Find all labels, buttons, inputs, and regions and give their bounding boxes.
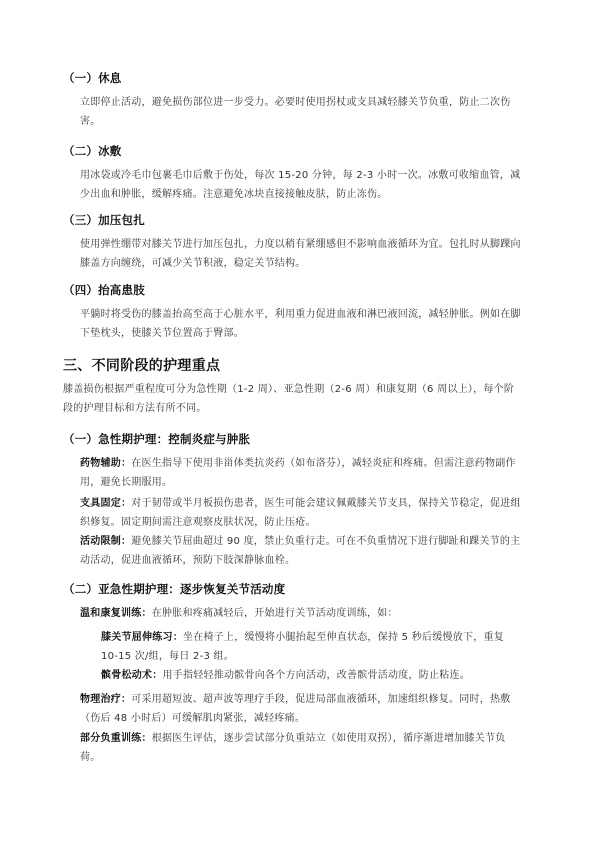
item-label: 支具固定： (80, 498, 131, 509)
item-text: 对于韧带或半月板损伤患者，医生可能会建议佩戴膝关节支具，保持关节稳定，促进组织修… (80, 498, 521, 528)
subacute-item-physio: 物理治疗：可采用超短波、超声波等理疗手段，促进局部血液循环，加速组织修复。同时，… (80, 690, 525, 728)
section-heading-ice: （二）冰敷 (63, 143, 122, 159)
subacute-training: 温和康复训练：在肿胀和疼痛减轻后，开始进行关节活动度训练，如： (80, 604, 525, 623)
subacute-item-weight-bearing: 部分负重训练：根据医生评估，逐步尝试部分负重站立（如使用双拐），循序渐进增加膝关… (80, 729, 525, 767)
item-text: 在肿胀和疼痛减轻后，开始进行关节活动度训练，如： (152, 608, 398, 619)
item-label: 物理治疗： (80, 694, 131, 705)
subacute-heading: （二）亚急性期护理：逐步恢复关节活动度 (63, 581, 285, 597)
chapter-title: 三、不同阶段的护理重点 (63, 355, 220, 375)
item-text: 用手指轻轻推动髌骨向各个方向活动，改善髌骨活动度，防止粘连。 (163, 670, 471, 681)
acute-item-medication: 药物辅助：在医生指导下使用非甾体类抗炎药（如布洛芬），减轻炎症和疼痛。但需注意药… (80, 454, 525, 492)
subacute-sub-item-patella: 髌骨松动术：用手指轻轻推动髌骨向各个方向活动，改善髌骨活动度，防止粘连。 (101, 666, 523, 685)
item-text: 避免膝关节屈曲超过 90 度，禁止负重行走。可在不负重情况下进行脚趾和踝关节的主… (80, 536, 520, 566)
item-label: 部分负重训练： (80, 733, 152, 744)
section-body-rest: 立即停止活动，避免损伤部位进一步受力。必要时使用拐杖或支具减轻膝关节负重，防止二… (80, 93, 525, 131)
document-page: （一）休息 立即停止活动，避免损伤部位进一步受力。必要时使用拐杖或支具减轻膝关节… (0, 0, 595, 841)
acute-item-brace: 支具固定：对于韧带或半月板损伤患者，医生可能会建议佩戴膝关节支具，保持关节稳定，… (80, 494, 525, 532)
section-body-elevation: 平躺时将受伤的膝盖抬高至高于心脏水平，利用重力促进血液和淋巴液回流，减轻肿胀。例… (80, 305, 525, 343)
item-text: 可采用超短波、超声波等理疗手段，促进局部血液循环，加速组织修复。同时，热敷（伤后… (80, 694, 511, 724)
section-body-ice: 用冰袋或冷毛巾包裹毛巾后敷于伤处，每次 15-20 分钟，每 2-3 小时一次。… (80, 166, 525, 204)
section-heading-rest: （一）休息 (63, 70, 122, 86)
section-heading-compression: （三）加压包扎 (63, 212, 145, 228)
item-label: 活动限制： (80, 536, 131, 547)
section-heading-elevation: （四）抬高患肢 (63, 282, 145, 298)
item-label: 髌骨松动术： (101, 670, 163, 681)
item-label: 药物辅助： (80, 458, 131, 469)
item-label: 膝关节屈伸练习： (101, 632, 183, 643)
item-text: 在医生指导下使用非甾体类抗炎药（如布洛芬），减轻炎症和疼痛。但需注意药物副作用，… (80, 458, 516, 488)
acute-item-activity-limit: 活动限制：避免膝关节屈曲超过 90 度，禁止负重行走。可在不负重情况下进行脚趾和… (80, 532, 525, 570)
subacute-sub-item-flexion: 膝关节屈伸练习：坐在椅子上，缓慢将小腿抬起至伸直状态，保持 5 秒后缓慢放下，重… (101, 628, 523, 666)
item-label: 温和康复训练： (80, 608, 152, 619)
section-body-compression: 使用弹性绷带对膝关节进行加压包扎，力度以稍有紧绷感但不影响血液循环为宜。包扎时从… (80, 235, 525, 273)
chapter-intro: 膝盖损伤根据严重程度可分为急性期（1-2 周）、亚急性期（2-6 周）和康复期（… (63, 380, 523, 418)
acute-heading: （一）急性期护理：控制炎症与肿胀 (63, 431, 250, 447)
